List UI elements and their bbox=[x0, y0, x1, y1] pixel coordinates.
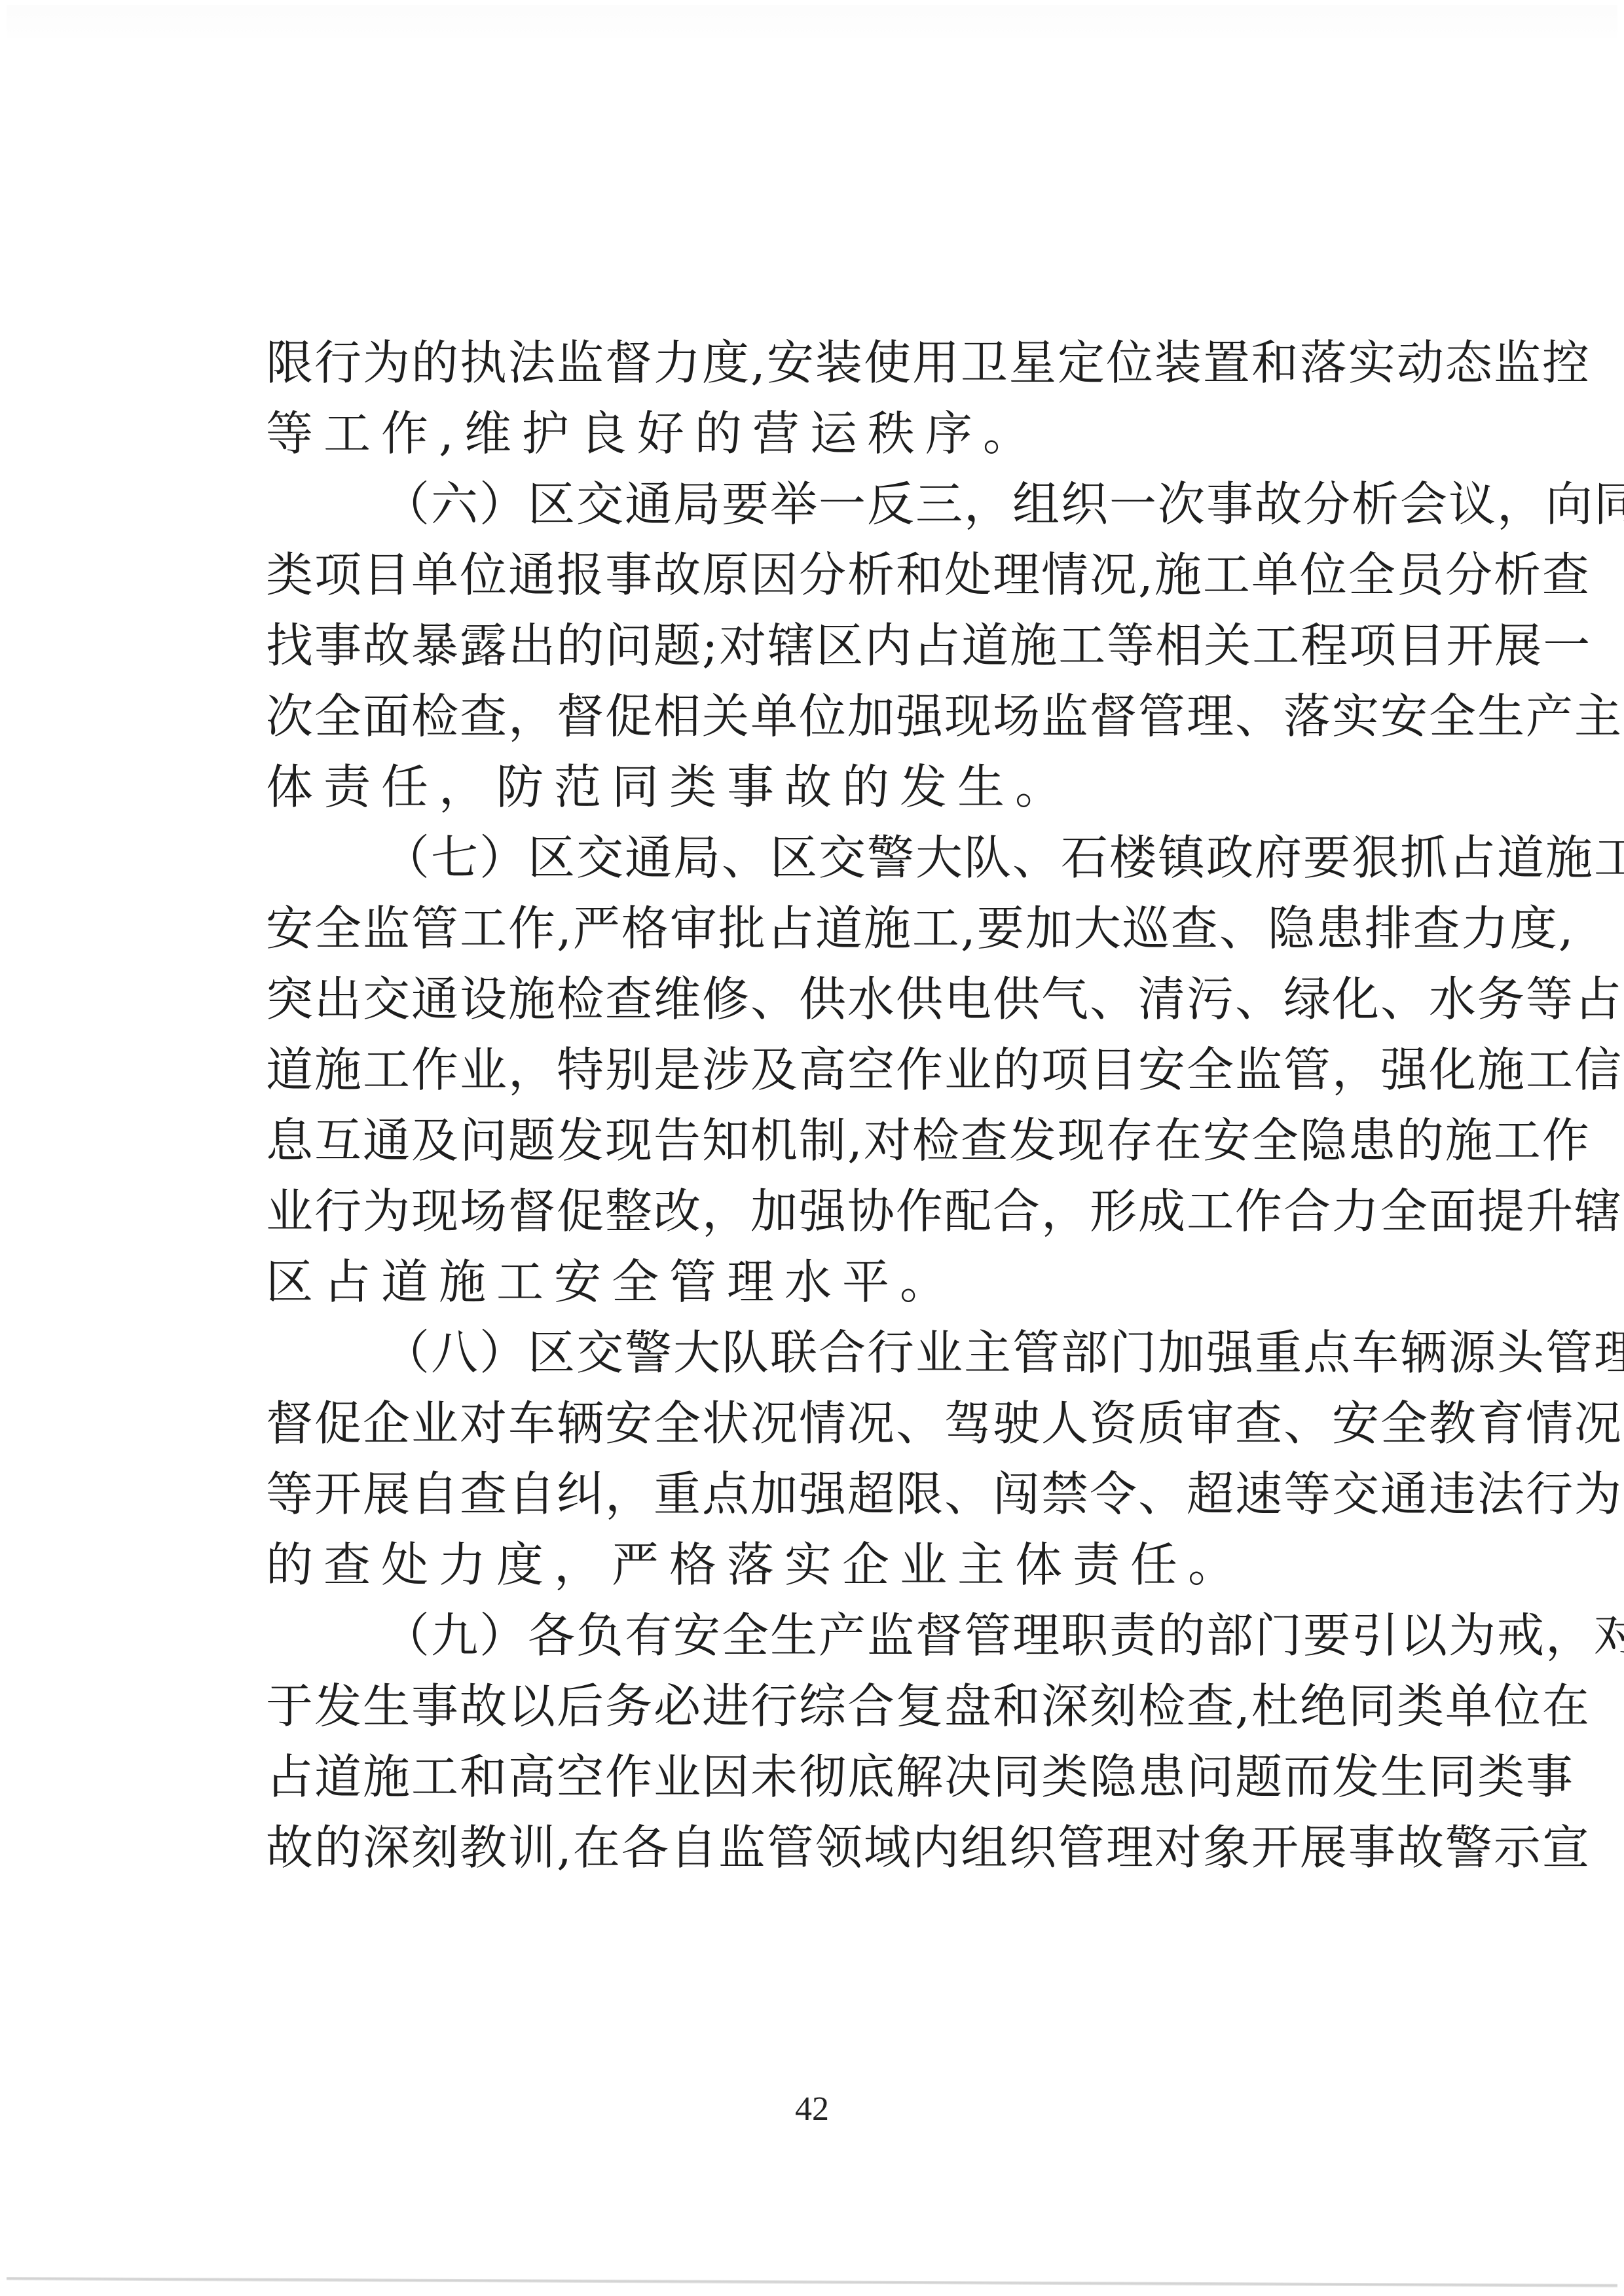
paragraph-item-6: （​六​）​区​交​通​局​要​举​一​反​三​，​组​织​一​次​事​故​分​… bbox=[266, 469, 1434, 822]
text-line: 类​项​目​单​位​通​报​事​故​原​因​分​析​和​处​理​情​况​,​施​… bbox=[266, 539, 1434, 610]
scan-artifact-top bbox=[7, 5, 1617, 38]
text-line: （​七​）​区​交​通​局​、​区​交​警​大​队​、​石​楼​镇​政​府​要​… bbox=[266, 822, 1434, 893]
text-line: 限​行​为​的​执​法​监​督​力​度​,​安​装​使​用​卫​星​定​位​装​… bbox=[266, 327, 1434, 398]
text-line: 突​出​交​通​设​施​检​查​维​修​、​供​水​供​电​供​气​、​清​污​… bbox=[266, 964, 1434, 1034]
text-line: 故​的​深​刻​教​训​,​在​各​自​监​管​领​域​内​组​织​管​理​对​… bbox=[266, 1812, 1434, 1883]
text-line: 等​开​展​自​查​自​纠​，​重​点​加​强​超​限​、​闯​禁​令​、​超​… bbox=[266, 1459, 1434, 1529]
paragraph-continuation: 限​行​为​的​执​法​监​督​力​度​,​安​装​使​用​卫​星​定​位​装​… bbox=[266, 327, 1434, 469]
text-line: 次​全​面​检​查​，​督​促​相​关​单​位​加​强​现​场​监​督​管​理​… bbox=[266, 681, 1434, 752]
text-line: 息​互​通​及​问​题​发​现​告​知​机​制​,​对​检​查​发​现​存​在​… bbox=[266, 1105, 1434, 1176]
text-line: 督​促​企​业​对​车​辆​安​全​状​况​情​况​、​驾​驶​人​资​质​审​… bbox=[266, 1388, 1434, 1459]
text-line: （​八​）​区​交​警​大​队​联​合​行​业​主​管​部​门​加​强​重​点​… bbox=[266, 1317, 1434, 1388]
document-body: 限​行​为​的​执​法​监​督​力​度​,​安​装​使​用​卫​星​定​位​装​… bbox=[266, 327, 1434, 1883]
paragraph-item-7: （​七​）​区​交​通​局​、​区​交​警​大​队​、​石​楼​镇​政​府​要​… bbox=[266, 822, 1434, 1317]
text-line: （​九​）​各​负​有​安​全​生​产​监​督​管​理​职​责​的​部​门​要​… bbox=[266, 1600, 1434, 1671]
text-line: 区占道施工安全管理水平。 bbox=[266, 1247, 1434, 1317]
text-line: 等工作,维护良好的营运秩序。 bbox=[266, 398, 1434, 469]
scan-artifact-bottom-edge bbox=[7, 2277, 1617, 2287]
text-line: 占​道​施​工​和​高​空​作​业​因​未​彻​底​解​决​同​类​隐​患​问​… bbox=[266, 1741, 1434, 1812]
paragraph-item-8: （​八​）​区​交​警​大​队​联​合​行​业​主​管​部​门​加​强​重​点​… bbox=[266, 1317, 1434, 1600]
page-number: 42 bbox=[747, 2090, 877, 2128]
text-line: 安​全​监​管​工​作​,​严​格​审​批​占​道​施​工​,​要​加​大​巡​… bbox=[266, 893, 1434, 964]
text-line: 体责任，防范同类事故的发生。 bbox=[266, 752, 1434, 822]
text-line: 道​施​工​作​业​，​特​别​是​涉​及​高​空​作​业​的​项​目​安​全​… bbox=[266, 1034, 1434, 1105]
text-line: 业​行​为​现​场​督​促​整​改​，​加​强​协​作​配​合​，​形​成​工​… bbox=[266, 1176, 1434, 1247]
paragraph-item-9: （​九​）​各​负​有​安​全​生​产​监​督​管​理​职​责​的​部​门​要​… bbox=[266, 1600, 1434, 1883]
text-line: （​六​）​区​交​通​局​要​举​一​反​三​，​组​织​一​次​事​故​分​… bbox=[266, 469, 1434, 539]
text-line: 于​发​生​事​故​以​后​务​必​进​行​综​合​复​盘​和​深​刻​检​查​… bbox=[266, 1671, 1434, 1741]
text-line: 的查处力度，严格落实企业主体责任。 bbox=[266, 1529, 1434, 1600]
text-line: 找​事​故​暴​露​出​的​问​题​;​对​辖​区​内​占​道​施​工​等​相​… bbox=[266, 610, 1434, 681]
